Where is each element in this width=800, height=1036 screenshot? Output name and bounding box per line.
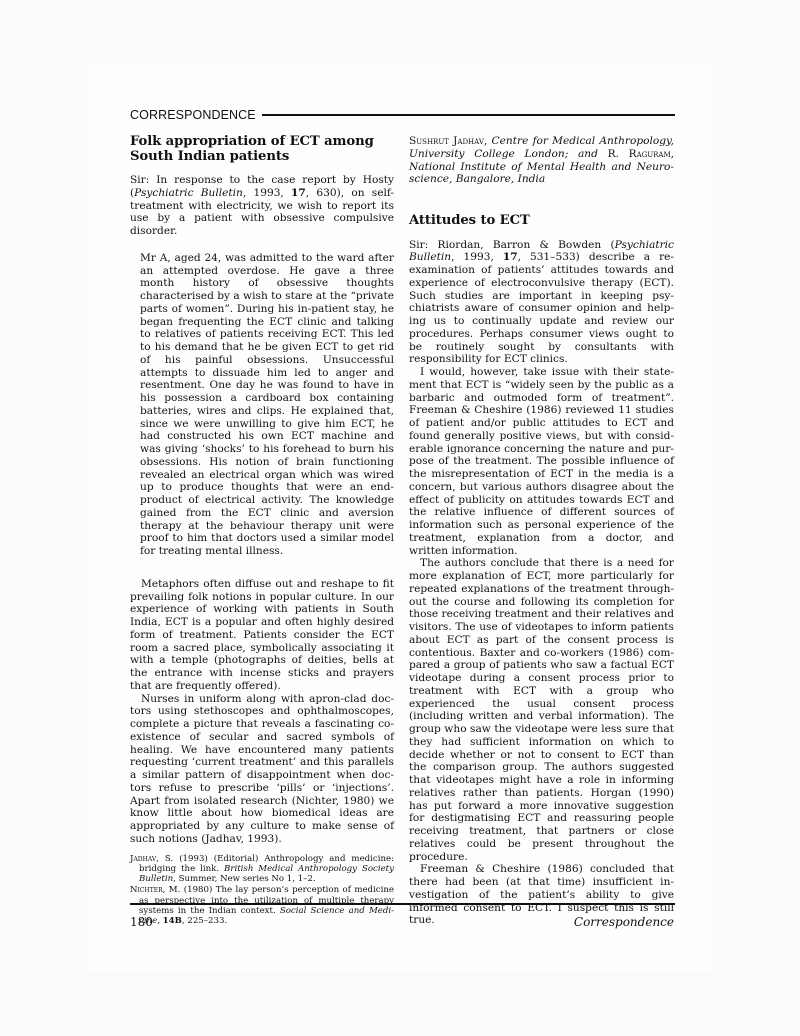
article2-title: Attitudes to ECT xyxy=(409,214,674,229)
spacer xyxy=(130,558,394,578)
right-column: Sushrut Jadhav, Centre for Medical Anthr… xyxy=(409,135,674,927)
intro-volume: 17 xyxy=(291,187,306,199)
signature-author: Sushrut Jadhav xyxy=(409,135,484,147)
article1-intro: Sir: In response to the case report by H… xyxy=(130,174,394,238)
intro-journal: Psychiatric Bulletin xyxy=(134,187,243,199)
reference-tail: , Summer, New series No 1, 1–2. xyxy=(173,874,316,884)
intro-year: , 1993, xyxy=(451,251,503,263)
article1-signature: Sushrut Jadhav, Centre for Medical Anthr… xyxy=(409,135,674,186)
page-number: 180 xyxy=(130,915,153,929)
article1-paragraph: Nurses in uniform along with apron-clad … xyxy=(130,693,394,846)
reference-author: Jadhav, S. xyxy=(130,854,173,864)
reference-volume: 14B xyxy=(163,916,182,926)
running-head-label: CORRESPONDENCE xyxy=(130,108,256,122)
intro-tail: , 531–533) describe a re-examination of … xyxy=(409,251,674,365)
article1-references: Jadhav, S. (1993) (Editorial) Anthropolo… xyxy=(130,854,394,927)
article1-paragraph: Metaphors often diffuse out and reshape … xyxy=(130,578,394,693)
article2-paragraph: I would, however, take issue with their … xyxy=(409,366,674,557)
article1-case-report: Mr A, aged 24, was admitted to the ward … xyxy=(140,252,394,558)
intro-volume: 17 xyxy=(503,251,518,263)
article2-intro: Sir: Riordan, Barron & Bowden (Psychiatr… xyxy=(409,239,674,367)
article2-paragraph: The authors conclude that there is a nee… xyxy=(409,557,674,863)
intro-lead: Sir: Riordan, Barron & Bowden ( xyxy=(409,239,615,251)
running-head-rule xyxy=(262,114,675,116)
footer-section-label: Correspondence xyxy=(574,915,674,929)
running-head: CORRESPONDENCE xyxy=(130,108,675,122)
article1-title: Folk appropriation of ECT among South In… xyxy=(130,135,394,164)
footer-rule xyxy=(130,903,675,905)
signature-author: R. Raguram xyxy=(608,148,671,160)
left-column: Folk appropriation of ECT among South In… xyxy=(130,135,394,928)
reference-author: Nichter, M. xyxy=(130,885,180,895)
intro-year: , 1993, xyxy=(243,187,291,199)
reference-item: Jadhav, S. (1993) (Editorial) Anthropolo… xyxy=(130,854,394,885)
reference-item: Nichter, M. (1980) The lay person’s perc… xyxy=(130,885,394,926)
signature-affiliation: National Institute of Mental Health and … xyxy=(409,161,674,186)
reference-tail: , 225–233. xyxy=(182,916,227,926)
